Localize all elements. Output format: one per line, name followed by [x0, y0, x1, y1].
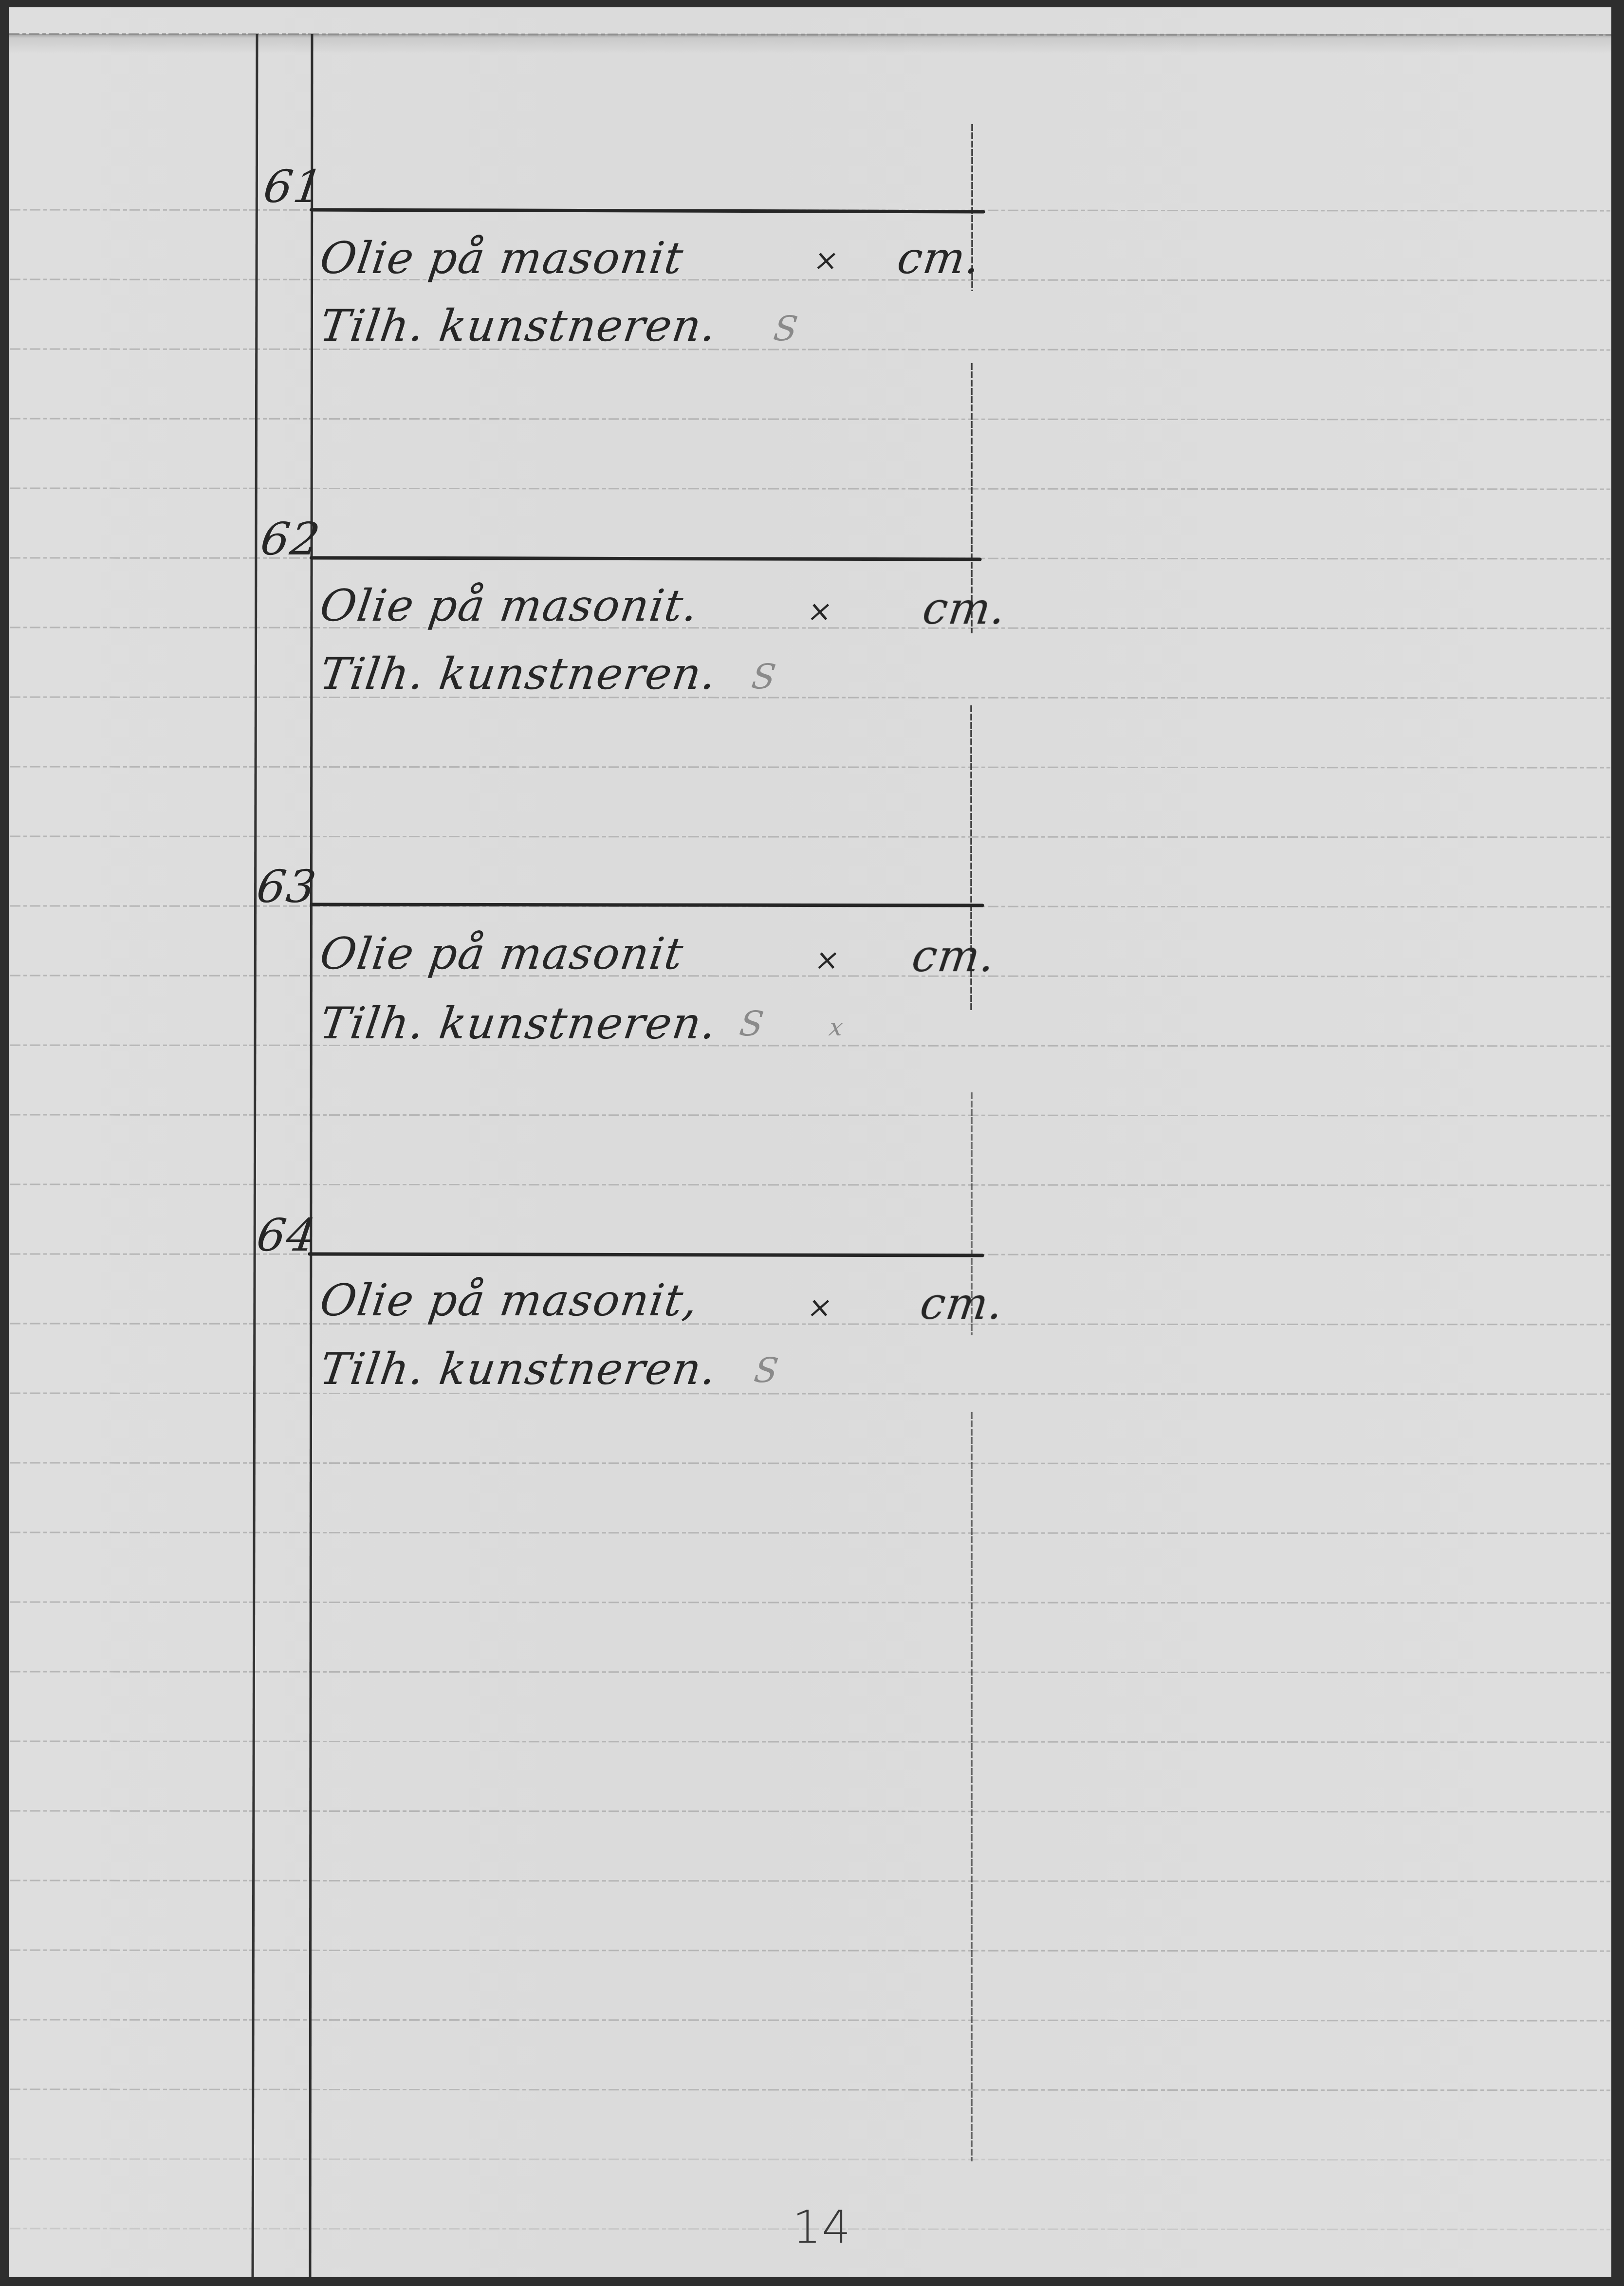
dimension-times-sign: × [812, 246, 842, 275]
page-number: 14 [793, 2205, 851, 2250]
entry-medium: Olie på masonit. [317, 584, 701, 628]
dimension-unit: cm. [909, 935, 998, 978]
entry-number: 64 [254, 1213, 319, 1258]
top-margin-shadow [9, 34, 1611, 54]
dimension-unit: cm. [895, 237, 984, 280]
entry-owner: Tilh. kunstneren. [317, 1347, 720, 1391]
dimension-unit: cm. [920, 587, 1009, 631]
entry-medium: Olie på masonit [317, 932, 686, 976]
pencil-mark: S [772, 312, 801, 346]
dimension-times-sign: × [806, 597, 835, 626]
entry-medium: Olie på masonit [317, 237, 686, 280]
pencil-mark: S [738, 1007, 767, 1041]
dimension-times-sign: × [813, 945, 843, 975]
ledger-page [9, 7, 1611, 2277]
entry-number: 61 [261, 165, 326, 209]
entry-medium: Olie på masonit, [317, 1279, 701, 1323]
pencil-mark: S [752, 1353, 781, 1387]
entry-owner: Tilh. kunstneren. [317, 652, 720, 696]
entry-owner: Tilh. kunstneren. [317, 304, 720, 348]
entry-number: 62 [258, 517, 323, 562]
dimension-times-sign: × [806, 1293, 835, 1322]
pencil-mark: S [750, 660, 779, 694]
dimension-unit: cm. [918, 1282, 1007, 1326]
entry-owner: Tilh. kunstneren. [317, 1002, 720, 1046]
entry-number: 63 [254, 865, 319, 909]
